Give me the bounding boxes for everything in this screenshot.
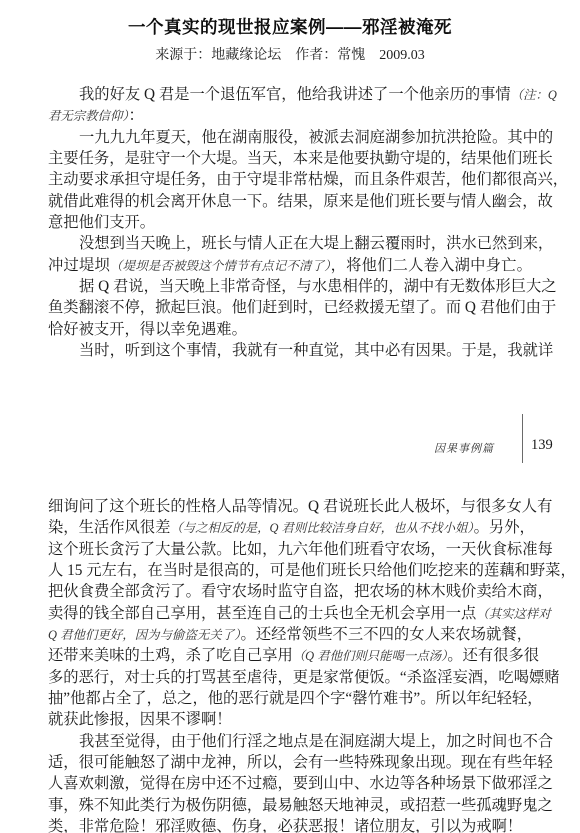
body-text: 人 15 元左右，在当时是很高的，可是他们班长只给他们吃挖来的莲藕和野菜，: [48, 562, 576, 579]
text-line: 卖得的钱全部自己享用，甚至连自己的士兵也全无机会享用一点（其实这样对: [48, 603, 532, 624]
text-line: 意把他们支开。: [48, 212, 532, 233]
text-line: 主动要求承担守堤任务，由于守堤非常枯燥，而且条件艰苦，他们都很高兴，: [48, 169, 532, 190]
text-line: 这个班长贪污了大量公款。比如，九六年他们班看守农场，一天伙食标准每: [48, 539, 532, 560]
text-line: 冲过堤坝（堤坝是否被毁这个情节有点记不清了），将他们二人卷入湖中身亡。: [48, 255, 532, 276]
page-title: 一个真实的现世报应案例——邪淫被淹死: [0, 14, 580, 39]
body-text: 人喜欢刺激，觉得在房中还不过瘾，要到山中、水边等各种场景下做邪淫之: [48, 775, 553, 792]
body-text: 鱼类翻滚不停，掀起巨浪。他们赶到时，已经救援无望了。而 Q 君他们由于: [48, 299, 556, 316]
body-text: 适，很可能触怒了湖中龙神，所以，会有一些特殊现象出现。现在有些年轻: [48, 754, 553, 771]
body-text: 我的好友 Q 君是一个退伍军官，他给我讲述了一个他亲历的事情: [79, 86, 511, 103]
text-line: 鱼类翻滚不停，掀起巨浪。他们赶到时，已经救援无望了。而 Q 君他们由于: [48, 297, 532, 318]
body-text: 类，非常危险！邪淫败德、伤身，必获恶报！诸位朋友，引以为戒啊！: [48, 818, 522, 833]
body-text: 意把他们支开。: [48, 214, 155, 231]
text-line: 据 Q 君说，当天晚上非常奇怪，与水患相伴的，湖中有无数体形巨大之: [48, 276, 532, 297]
body-text: 把伙食费全部贪污了。看守农场时监守自盗，把农场的林木贱价卖给木商，: [48, 583, 553, 600]
body-text: 染，生活作风很差: [48, 519, 170, 536]
annotation-text: （注：Q: [511, 88, 557, 102]
text-line: Q 君他们更好，因为与偷盗无关了）。还经常领些不三不四的女人来农场就餐，: [48, 624, 532, 645]
annotation-text: 君无宗教信仰）: [48, 109, 129, 123]
text-line: 还带来美味的土鸡，杀了吃自己享用（Q 君他们则只能喝一点汤）。还有很多很: [48, 645, 532, 666]
body-text: 恰好被支开，得以幸免遇难。: [48, 321, 247, 338]
text-line: 当时，听到这个事情，我就有一种直觉，其中必有因果。于是，我就详: [48, 340, 532, 361]
body-text: 没想到当天晚上，班长与情人正在大堤上翻云覆雨时，洪水已然到来，: [79, 235, 553, 252]
text-line: 君无宗教信仰）：: [48, 105, 532, 126]
text-block-lower: 细询问了这个班长的性格人品等情况。Q 君说班长此人极坏，与很多女人有染，生活作风…: [48, 496, 532, 833]
body-text: 抽”他都占全了，总之，他的恶行就是四个字“罄竹难书”。所以年纪轻轻，: [48, 690, 543, 707]
text-line: 我的好友 Q 君是一个退伍军官，他给我讲述了一个他亲历的事情（注：Q: [48, 84, 532, 105]
body-text: 主动要求承担守堤任务，由于守堤非常枯燥，而且条件艰苦，他们都很高兴，: [48, 171, 568, 188]
footer-divider-line: [522, 414, 523, 463]
annotation-text: （Q 君他们则只能喝一点汤）: [293, 649, 448, 663]
body-text: 一九九九年夏天，他在湖南服役，被派去洞庭湖参加抗洪抢险。其中的: [79, 129, 553, 146]
body-text: 我甚至觉得，由于他们行淫之地点是在洞庭湖大堤上，加之时间也不合: [79, 733, 553, 750]
text-line: 没想到当天晚上，班长与情人正在大堤上翻云覆雨时，洪水已然到来，: [48, 233, 532, 254]
annotation-text: （与之相反的是，Q 君则比较洁身自好，也从不找小姐）: [170, 521, 473, 535]
body-text: 主要任务，是驻守一个大堤。当天，本来是他要执勤守堤的，结果他们班长: [48, 150, 553, 167]
body-text: 还带来美味的土鸡，杀了吃自己享用: [48, 647, 293, 664]
text-line: 适，很可能触怒了湖中龙神，所以，会有一些特殊现象出现。现在有些年轻: [48, 752, 532, 773]
text-line: 一九九九年夏天，他在湖南服役，被派去洞庭湖参加抗洪抢险。其中的: [48, 127, 532, 148]
body-text: 这个班长贪污了大量公款。比如，九六年他们班看守农场，一天伙食标准每: [48, 541, 553, 558]
text-line: 我甚至觉得，由于他们行淫之地点是在洞庭湖大堤上，加之时间也不合: [48, 731, 532, 752]
body-text: 。还经常领些不三不四的女人来农场就餐，: [240, 626, 532, 643]
annotation-text: Q 君他们更好，因为与偷盗无关了）: [48, 628, 240, 642]
body-text: 事，殊不知此类行为极伤阴德，最易触怒天地神灵，或招惹一些孤魂野鬼之: [48, 797, 553, 814]
body-text: 就获此惨报，因果不谬啊！: [48, 711, 232, 728]
page-number: 139: [531, 437, 553, 454]
body-text: ：: [129, 107, 144, 124]
body-text: 多的恶行，对士兵的打骂甚至虐待，更是家常便饭。“杀盗淫妄酒，吃喝嫖赌: [48, 669, 560, 686]
text-line: 多的恶行，对士兵的打骂甚至虐待，更是家常便饭。“杀盗淫妄酒，吃喝嫖赌: [48, 667, 532, 688]
body-text: 据 Q 君说，当天晚上非常奇怪，与水患相伴的，湖中有无数体形巨大之: [79, 278, 557, 295]
body-text: 冲过堤坝: [48, 257, 110, 274]
text-line: 主要任务，是驻守一个大堤。当天，本来是他要执勤守堤的，结果他们班长: [48, 148, 532, 169]
body-text: 。还有很多很: [447, 647, 539, 664]
annotation-text: （其实这样对: [476, 607, 550, 621]
source-line: 来源于：地藏缘论坛 作者：常愧 2009.03: [0, 44, 580, 64]
annotation-text: （堤坝是否被毁这个情节有点记不清了）: [110, 259, 331, 273]
body-text: 就借此难得的机会离开休息一下。结果，原来是他们班长要与情人幽会，故: [48, 193, 553, 210]
text-line: 类，非常危险！邪淫败德、伤身，必获恶报！诸位朋友，引以为戒啊！: [48, 816, 532, 833]
body-text: 细询问了这个班长的性格人品等情况。Q 君说班长此人极坏，与很多女人有: [48, 498, 552, 515]
body-text: 当时，听到这个事情，我就有一种直觉，其中必有因果。于是，我就详: [79, 342, 553, 359]
body-text: 。另外，: [474, 519, 535, 536]
body-text: ，将他们二人卷入湖中身亡。: [331, 257, 532, 274]
text-line: 把伙食费全部贪污了。看守农场时监守自盗，把农场的林木贱价卖给木商，: [48, 581, 532, 602]
text-line: 人喜欢刺激，觉得在房中还不过瘾，要到山中、水边等各种场景下做邪淫之: [48, 773, 532, 794]
text-line: 染，生活作风很差（与之相反的是，Q 君则比较洁身自好，也从不找小姐）。另外，: [48, 517, 532, 538]
text-line: 就获此惨报，因果不谬啊！: [48, 709, 532, 730]
text-line: 恰好被支开，得以幸免遇难。: [48, 319, 532, 340]
body-text: 卖得的钱全部自己享用，甚至连自己的士兵也全无机会享用一点: [48, 605, 476, 622]
text-line: 细询问了这个班长的性格人品等情况。Q 君说班长此人极坏，与很多女人有: [48, 496, 532, 517]
footer-section-label: 因果事例篇: [434, 440, 494, 456]
text-line: 事，殊不知此类行为极伤阴德，最易触怒天地神灵，或招惹一些孤魂野鬼之: [48, 795, 532, 816]
document-page: 一个真实的现世报应案例——邪淫被淹死 来源于：地藏缘论坛 作者：常愧 2009.…: [0, 0, 580, 833]
text-block-upper: 我的好友 Q 君是一个退伍军官，他给我讲述了一个他亲历的事情（注：Q君无宗教信仰…: [48, 84, 532, 361]
text-line: 人 15 元左右，在当时是很高的，可是他们班长只给他们吃挖来的莲藕和野菜，: [48, 560, 532, 581]
text-line: 抽”他都占全了，总之，他的恶行就是四个字“罄竹难书”。所以年纪轻轻，: [48, 688, 532, 709]
text-line: 就借此难得的机会离开休息一下。结果，原来是他们班长要与情人幽会，故: [48, 191, 532, 212]
